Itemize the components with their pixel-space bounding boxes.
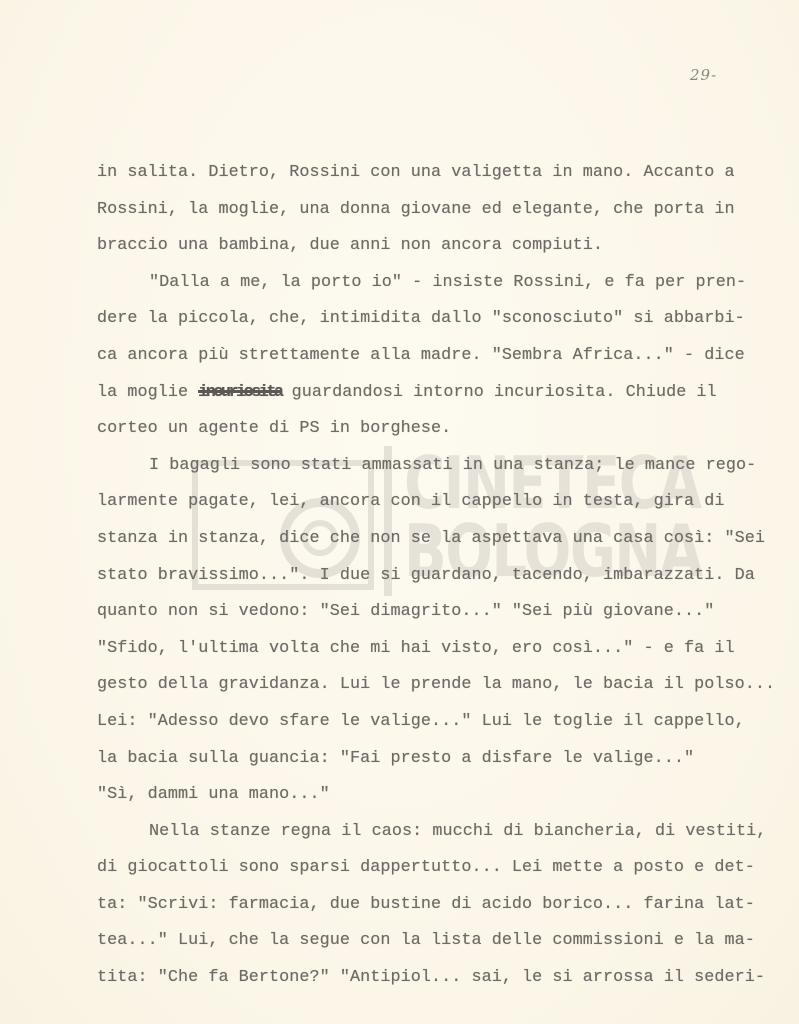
manuscript-text: in salita. Dietro, Rossini con una valig… [97, 158, 747, 1000]
paragraph-first-line: "Dalla a me, la porto io" - insiste Ross… [97, 268, 747, 305]
text-line: ca ancora più strettamente alla madre. "… [97, 341, 747, 378]
text-line: stato bravissimo...". I due si guardano,… [97, 561, 747, 598]
struck-out-word: incuriosita [198, 383, 281, 402]
line-text: la moglie [97, 383, 198, 402]
line-text-continued: guardandosi intorno incuriosita. Chiude … [282, 383, 717, 402]
line-text: braccio una bambina, due anni non ancora… [97, 236, 603, 255]
line-text: ta: "Scrivi: farmacia, due bustine di ac… [97, 895, 755, 914]
line-text: tita: "Che fa Bertone?" "Antipiol... sai… [97, 968, 765, 987]
text-line: la moglie incuriosita guardandosi intorn… [97, 378, 747, 415]
line-text: in salita. Dietro, Rossini con una valig… [97, 163, 735, 182]
text-line: "Sì, dammi una mano..." [97, 780, 747, 817]
typewritten-page: 29- CINETECA BOLOGNA in salita. Dietro, … [0, 0, 799, 1024]
line-text: gesto della gravidanza. Lui le prende la… [97, 675, 775, 694]
line-text: di giocattoli sono sparsi dappertutto...… [97, 858, 755, 877]
text-line: ta: "Scrivi: farmacia, due bustine di ac… [97, 890, 747, 927]
line-text: "Dalla a me, la porto io" - insiste Ross… [149, 273, 746, 292]
text-line: stanza in stanza, dice che non se la asp… [97, 524, 747, 561]
text-line: in salita. Dietro, Rossini con una valig… [97, 158, 747, 195]
text-line: quanto non si vedono: "Sei dimagrito..."… [97, 597, 747, 634]
text-line: tita: "Che fa Bertone?" "Antipiol... sai… [97, 963, 747, 1000]
line-text: Nella stanze regna il caos: mucchi di bi… [149, 822, 766, 841]
line-text: tea..." Lui, che la segue con la lista d… [97, 931, 755, 950]
line-text: stanza in stanza, dice che non se la asp… [97, 529, 765, 548]
line-text: la bacia sulla guancia: "Fai presto a di… [97, 749, 694, 768]
line-text: quanto non si vedono: "Sei dimagrito..."… [97, 602, 714, 621]
text-line: "Sfido, l'ultima volta che mi hai visto,… [97, 634, 747, 671]
paragraph-first-line: I bagagli sono stati ammassati in una st… [97, 451, 747, 488]
line-text: Lei: "Adesso devo sfare le valige..." Lu… [97, 712, 745, 731]
text-line: tea..." Lui, che la segue con la lista d… [97, 926, 747, 963]
line-text: larmente pagate, lei, ancora con il capp… [97, 492, 724, 511]
line-text: I bagagli sono stati ammassati in una st… [149, 456, 756, 475]
text-line: larmente pagate, lei, ancora con il capp… [97, 487, 747, 524]
text-line: corteo un agente di PS in borghese. [97, 414, 747, 451]
paragraph-first-line: Nella stanze regna il caos: mucchi di bi… [97, 817, 747, 854]
text-line: dere la piccola, che, intimidita dallo "… [97, 304, 747, 341]
line-text: corteo un agente di PS in borghese. [97, 419, 451, 438]
text-line: Rossini, la moglie, una donna giovane ed… [97, 195, 747, 232]
line-text: "Sfido, l'ultima volta che mi hai visto,… [97, 639, 735, 658]
text-line: la bacia sulla guancia: "Fai presto a di… [97, 744, 747, 781]
page-number: 29- [690, 66, 717, 84]
text-line: braccio una bambina, due anni non ancora… [97, 231, 747, 268]
text-line: di giocattoli sono sparsi dappertutto...… [97, 853, 747, 890]
text-line: Lei: "Adesso devo sfare le valige..." Lu… [97, 707, 747, 744]
line-text: dere la piccola, che, intimidita dallo "… [97, 309, 745, 328]
line-text: Rossini, la moglie, una donna giovane ed… [97, 200, 735, 219]
line-text: stato bravissimo...". I due si guardano,… [97, 566, 755, 585]
line-text: ca ancora più strettamente alla madre. "… [97, 346, 745, 365]
text-line: gesto della gravidanza. Lui le prende la… [97, 670, 747, 707]
line-text: "Sì, dammi una mano..." [97, 785, 330, 804]
